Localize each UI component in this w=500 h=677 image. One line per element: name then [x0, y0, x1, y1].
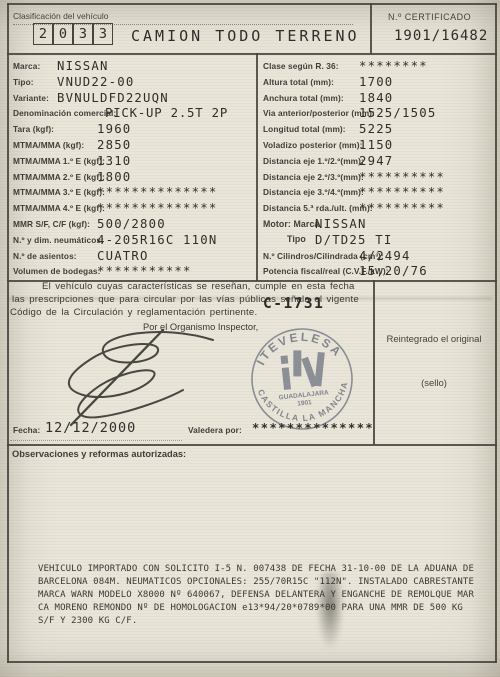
observations-line: VEHICULO IMPORTADO CON SOLICITO I-5 N. 0… — [38, 563, 474, 576]
spec-row: Denominación comercial: PICK-UP 2.5T 2P — [9, 105, 255, 121]
spec-row: Clase según R. 36: ******** — [259, 58, 495, 74]
classification-digit: 3 — [93, 23, 113, 45]
spec-row: Volumen de bodegas: *********** — [9, 263, 255, 279]
spec-label: Motor: Marca — [263, 220, 319, 229]
spec-row: N.º y dim. neumáticos: 4-205R16C 110N — [9, 232, 255, 248]
spec-label: Variante: — [13, 94, 49, 102]
certificate-box-divider — [370, 3, 372, 54]
spec-row: Tara (kgf): 1960 — [9, 121, 255, 137]
classification-digit: 0 — [53, 23, 73, 45]
ink-smudge — [316, 572, 344, 650]
spec-value: 1150 — [359, 138, 393, 152]
stamp-number-text: 1901 — [297, 399, 312, 408]
spec-column-divider — [256, 53, 258, 281]
spec-value: 15,20/76 — [359, 264, 428, 278]
bottom-border — [7, 661, 497, 663]
spec-label: MTMA/MMA 1.º E (kgf): — [13, 157, 105, 165]
spec-label: Clase según R. 36: — [263, 62, 339, 70]
spec-value: ********** — [359, 201, 445, 215]
spec-table-left: Marca: NISSAN Tipo: VNUD22-00 Variante: … — [9, 58, 255, 279]
spec-label: Longitud total (mm): — [263, 125, 346, 133]
spec-row: Distancia eje 1.º/2.º(mm): 2947 — [259, 153, 495, 169]
itv-logo-icon — [280, 347, 328, 390]
spec-value: 1960 — [97, 122, 131, 136]
spec-value: ******** — [359, 59, 428, 73]
spec-row: N.º Cilindros/Cilindrada (cm³): 4/2494 — [259, 248, 495, 264]
spec-value: 4-205R16C 110N — [97, 233, 217, 247]
spec-row: Altura total (mm): 1700 — [259, 74, 495, 90]
spec-value: 1700 — [359, 75, 393, 89]
spec-row: Longitud total (mm): 5225 — [259, 121, 495, 137]
spec-value: BVNULDFD22UQN — [57, 91, 169, 105]
spec-value: 1525/1505 — [359, 106, 436, 120]
observations-line: MARCA WARN MODELO X8000 Nº 640067, DEFEN… — [38, 589, 474, 602]
spec-label: Distancia 5.ª rda./ult. (mm): — [263, 204, 373, 212]
spec-row: Distancia eje 2.º/3.º(mm): ********** — [259, 169, 495, 185]
spec-label: N.º de asientos: — [13, 252, 77, 260]
spec-value: NISSAN — [57, 59, 109, 73]
valedera-label: Valedera por: — [188, 426, 242, 434]
spec-value: *********** — [97, 264, 192, 278]
spec-value: NISSAN — [315, 217, 367, 231]
spec-value: 2850 — [97, 138, 131, 152]
spec-value: 500/2800 — [97, 217, 166, 231]
spec-label: Altura total (mm): — [263, 78, 334, 86]
spec-label: Voladizo posterior (mm): — [263, 141, 363, 149]
vehicle-inspection-card: Clasificación del vehículo 2 0 3 3 CAMIO… — [0, 0, 500, 677]
spec-label: MTMA/MMA 2.º E (kgf): — [13, 173, 105, 181]
sello-text: (sello) — [378, 378, 490, 389]
spec-label: N.º y dim. neumáticos: — [13, 236, 104, 244]
spec-label: MTMA/MMA 3.º E (kgf): — [13, 188, 105, 196]
observations-line: S/F Y 2300 KG C/F. — [38, 615, 474, 628]
spec-value: 2947 — [359, 154, 393, 168]
reintegrado-text: Reintegrado el original — [378, 332, 490, 348]
spec-row: MTMA/MMA 3.º E (kgf): ************** — [9, 184, 255, 200]
vehicle-class-value: CAMION TODO TERRENO — [131, 27, 360, 45]
spec-row: Distancia eje 3.º/4.º(mm): ********** — [259, 184, 495, 200]
fecha-label: Fecha: — [13, 426, 40, 434]
spec-row: Variante: BVNULDFD22UQN — [9, 90, 255, 106]
fecha-value: 12/12/2000 — [45, 420, 136, 436]
observations-label: Observaciones y reformas autorizadas: — [12, 449, 186, 459]
spec-label: Distancia eje 2.º/3.º(mm): — [263, 173, 364, 181]
spec-label: MMR S/F, C/F (kgf): — [13, 220, 90, 228]
header-divider-line — [7, 53, 497, 55]
spec-row: Distancia 5.ª rda./ult. (mm): ********** — [259, 200, 495, 216]
spec-value: 1800 — [97, 170, 131, 184]
spec-row: MMR S/F, C/F (kgf): 500/2800 — [9, 216, 255, 232]
spec-row: Potencia fiscal/real (C.V.F./kW): 15,20/… — [259, 263, 495, 279]
observations-line: CA MORENO REMONDO Nº DE HOMOLOGACION e13… — [38, 602, 474, 615]
spec-row: Marca: NISSAN — [9, 58, 255, 74]
spec-label: Distancia eje 1.º/2.º(mm): — [263, 157, 364, 165]
certificate-label: N.º CERTIFICADO — [388, 12, 471, 22]
declaration-line-1: El vehículo cuyas características se res… — [42, 281, 355, 292]
spec-row: Tipo: VNUD22-00 — [9, 74, 255, 90]
spec-label: Marca: — [13, 62, 40, 70]
spec-row: N.º de asientos: CUATRO — [9, 248, 255, 264]
spec-value: ********** — [359, 185, 445, 199]
spec-table-right: Clase según R. 36: ******** Altura total… — [259, 58, 495, 279]
spec-label: Volumen de bodegas: — [13, 267, 101, 275]
spec-value: 4/2494 — [359, 249, 411, 263]
valedera-value: ************** — [252, 421, 374, 435]
spec-value: ********** — [359, 170, 445, 184]
spec-label: Tara (kgf): — [13, 125, 54, 133]
classification-code-boxes: 2 0 3 3 — [33, 23, 113, 45]
spec-row: Tipo D/TD25 TI — [259, 232, 495, 248]
spec-row: Motor: Marca NISSAN — [259, 216, 495, 232]
observations-typed-text: VEHICULO IMPORTADO CON SOLICITO I-5 N. 0… — [38, 563, 474, 628]
spec-label: Denominación comercial: — [13, 109, 116, 117]
spec-label: Tipo — [287, 235, 306, 244]
spec-label: Anchura total (mm): — [263, 94, 344, 102]
spec-row: MTMA/MMA 4.º E (kgf): ************** — [9, 200, 255, 216]
spec-label: Distancia eje 3.º/4.º(mm): — [263, 188, 364, 196]
fecha-dotted-line — [10, 440, 182, 441]
spec-label: Tipo: — [13, 78, 34, 86]
spec-row: Voladizo posterior (mm): 1150 — [259, 137, 495, 153]
signature-slash — [71, 330, 163, 425]
spec-row: MTMA/MMA (kgf): 2850 — [9, 137, 255, 153]
spec-value: D/TD25 TI — [315, 233, 392, 247]
spec-label: MTMA/MMA 4.º E (kgf): — [13, 204, 105, 212]
classification-digit: 2 — [33, 23, 53, 45]
spec-value: ************** — [97, 201, 217, 215]
spec-value: CUATRO — [97, 249, 149, 263]
declaration-line-3: Código de la Circulación y reglamentació… — [10, 307, 257, 318]
inspector-signature — [45, 328, 230, 430]
spec-value: PICK-UP 2.5T 2P — [105, 106, 228, 120]
spec-row: MTMA/MMA 2.º E (kgf): 1800 — [9, 169, 255, 185]
observations-top-line — [7, 444, 497, 446]
spec-value: VNUD22-00 — [57, 75, 134, 89]
observations-line: BARCELONA 084M. NEUMATICOS OPCIONALES: 2… — [38, 576, 474, 589]
classification-digit: 3 — [73, 23, 93, 45]
spec-value: 1840 — [359, 91, 393, 105]
top-border — [7, 3, 497, 5]
spec-label: MTMA/MMA (kgf): — [13, 141, 84, 149]
scan-streak — [8, 297, 492, 300]
spec-value: ************** — [97, 185, 217, 199]
right-border — [495, 3, 497, 663]
spec-row: Anchura total (mm): 1840 — [259, 90, 495, 106]
certificate-number: 1901/16482 — [394, 28, 488, 44]
spec-row: MTMA/MMA 1.º E (kgf): 1310 — [9, 153, 255, 169]
spec-value: 1310 — [97, 154, 131, 168]
spec-row: Via anterior/posterior (mm): 1525/1505 — [259, 105, 495, 121]
spec-value: 5225 — [359, 122, 393, 136]
